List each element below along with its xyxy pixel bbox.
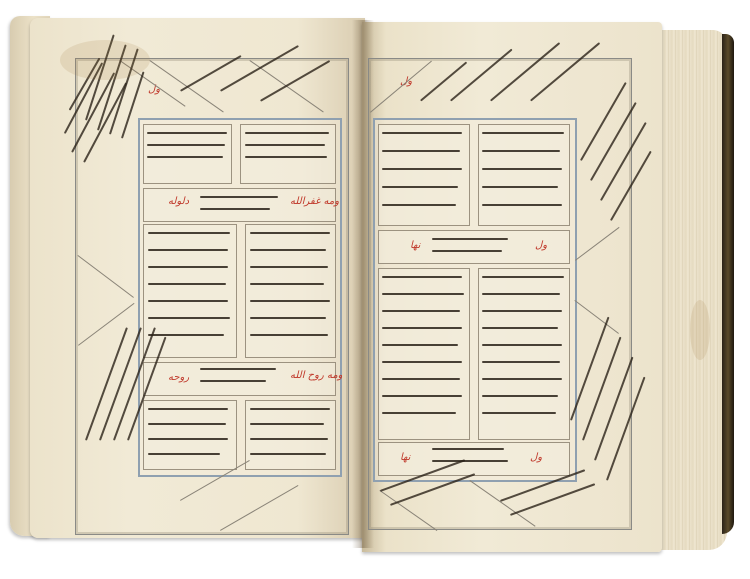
calligraphy-block [382,276,464,429]
calligraphy-block [245,132,329,168]
rubric: ول [530,452,542,463]
calligraphy-block [482,132,564,222]
calligraphy-block [432,238,514,262]
calligraphy-block [482,276,564,429]
paper-stain [60,40,150,80]
paper-stain [690,300,710,360]
calligraphy-block [250,408,330,468]
calligraphy-block [250,232,330,351]
open-manuscript: دلوله ومه غفرالله روحه ومه روح الله ول [0,0,750,579]
calligraphy-block [200,368,280,392]
rubric: روحه [168,372,189,383]
calligraphy-block [148,232,230,351]
calligraphy-block [200,196,280,220]
book-cover [722,34,734,534]
rubric: ول [535,240,547,251]
calligraphy-block [147,132,227,168]
rubric: نها [410,240,420,251]
right-page-edges [655,30,727,550]
rubric: ومه روح الله [290,370,343,381]
calligraphy-block [382,132,464,222]
calligraphy-block [148,408,230,468]
rubric: نها [400,452,410,463]
rubric: ومه غفرالله [290,196,339,207]
rubric: دلوله [168,196,189,207]
